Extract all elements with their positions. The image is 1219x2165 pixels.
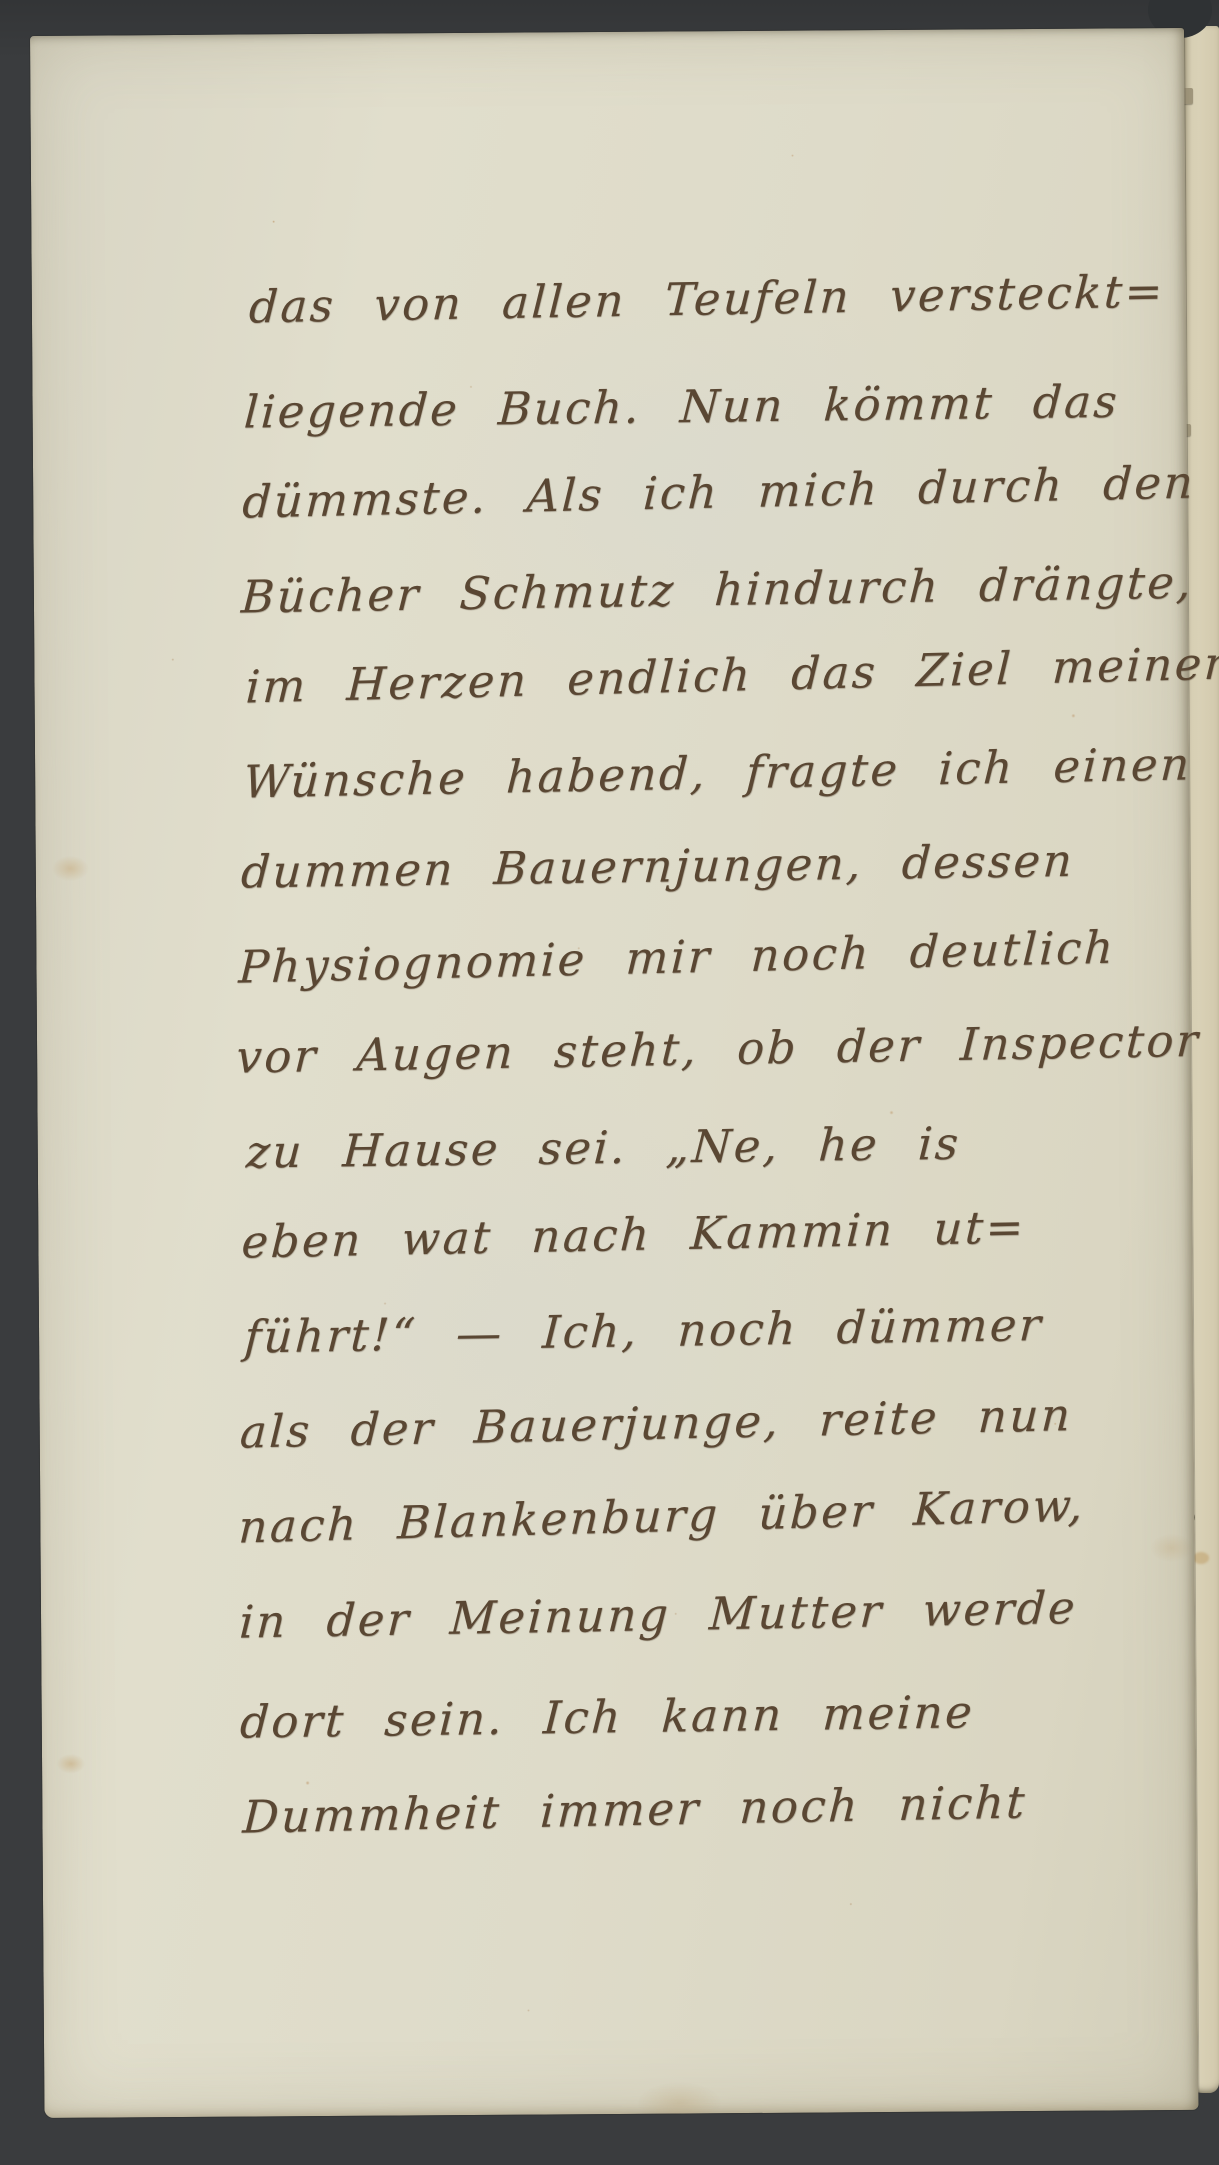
handwritten-line: in der Meinung Mutter werde (238, 1585, 1078, 1645)
handwritten-line: das von allen Teufeln versteckt= (248, 268, 1166, 329)
manuscript-page: das von allen Teufeln versteckt=liegende… (30, 28, 1199, 2118)
handwritten-line: führt!“ — Ich, noch dümmer (243, 1302, 1044, 1360)
handwritten-line: Physiognomie mir noch deutlich (238, 925, 1117, 990)
handwritten-line: Bücher Schmutz hindurch drängte, (240, 560, 1194, 620)
handwritten-line: Wünsche habend, fragte ich einen (242, 741, 1192, 804)
handwritten-line: eben wat nach Kammin ut= (241, 1204, 1027, 1264)
handwritten-line: liegende Buch. Nun kömmt das (243, 379, 1121, 435)
handwritten-line: Dummheit immer noch nicht (242, 1780, 1028, 1840)
page-edge-notch (1183, 88, 1193, 104)
handwritten-line: dummen Bauernjungen, dessen (240, 838, 1076, 895)
handwritten-line: zu Hause sei. „Ne, he is (245, 1121, 962, 1175)
handwritten-line: nach Blankenburg über Karow, (238, 1482, 1086, 1549)
handwritten-text-block: das von allen Teufeln versteckt=liegende… (30, 28, 1199, 2118)
page-edge-stain (1193, 1552, 1209, 1564)
handwritten-line: dort sein. Ich kann meine (239, 1689, 976, 1744)
handwritten-line: dümmste. Als ich mich durch den (241, 460, 1196, 525)
scan-background: das von allen Teufeln versteckt=liegende… (0, 0, 1219, 2165)
handwritten-line: als der Bauerjunge, reite nun (239, 1392, 1074, 1454)
handwritten-line: im Herzen endlich das Ziel meiner (245, 641, 1219, 710)
handwritten-line: vor Augen steht, ob der Inspector (235, 1018, 1201, 1080)
